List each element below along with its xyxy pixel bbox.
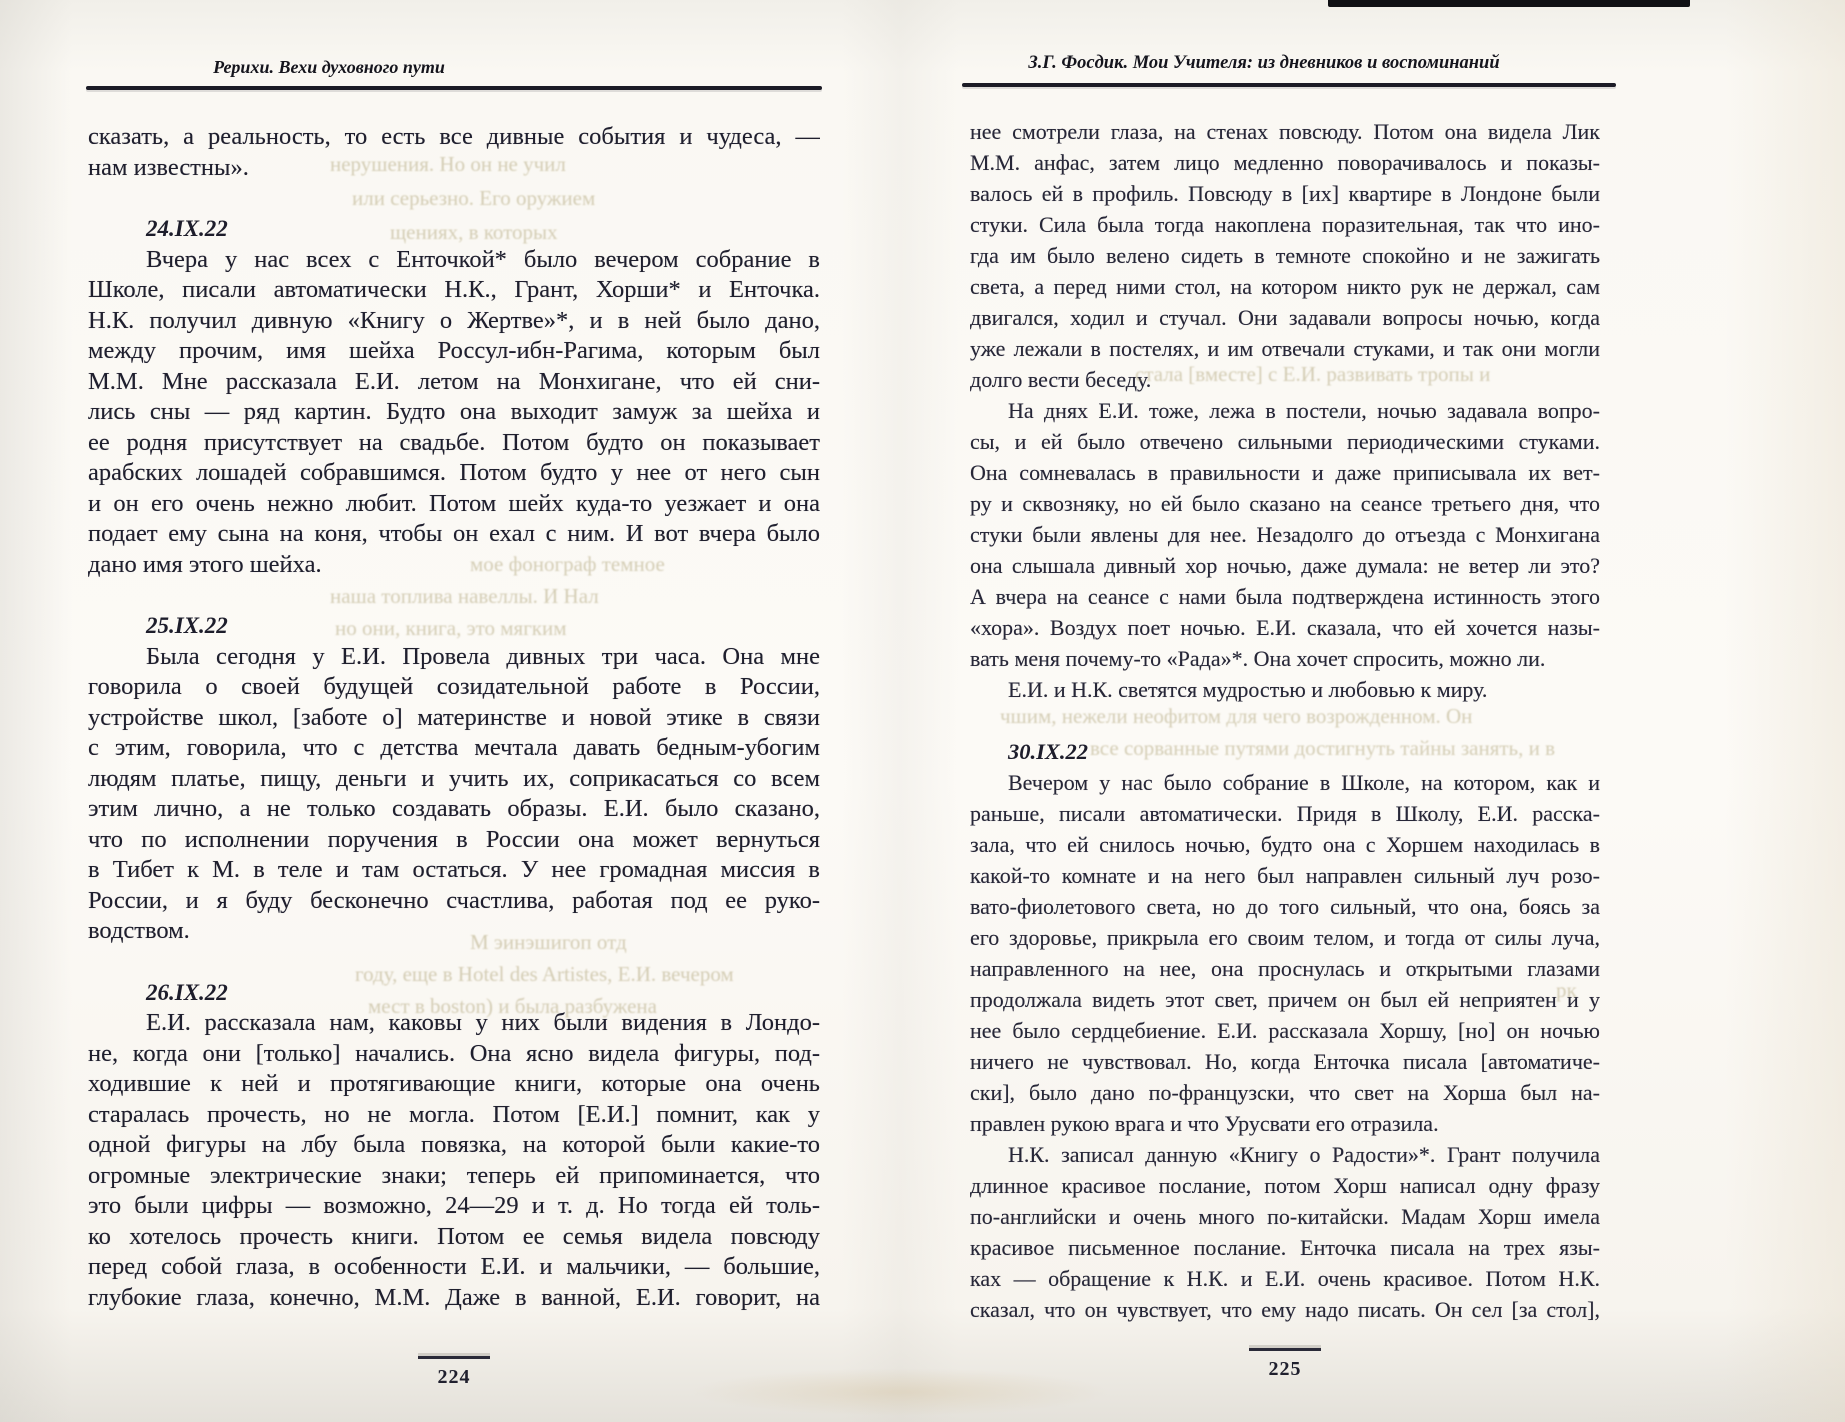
body-line: Н.К. записал данную «Книгу о Радости»*. … bbox=[970, 1139, 1600, 1170]
body-line: подает ему сына на коня, чтобы он ехал с… bbox=[88, 519, 820, 550]
body-line: ничего не чувствовал. Но, когда Енточка … bbox=[970, 1046, 1600, 1077]
body-line: лись сны — ряд картин. Будто она выходит… bbox=[88, 397, 820, 428]
running-head: З.Г. Фосдик. Мои Учителя: из дневников и… bbox=[970, 53, 1558, 74]
body-line: старалась прочесть, но не могла. Потом [… bbox=[88, 1100, 820, 1131]
body-line: это были цифры — возможно, 24—29 и т. д.… bbox=[88, 1191, 820, 1222]
body-line: перед собой глаза, в особенности Е.И. и … bbox=[88, 1252, 820, 1283]
body-line: продолжала видеть этот свет, причем он б… bbox=[970, 984, 1600, 1015]
page-edge-shading-left bbox=[0, 0, 72, 1422]
body-line: России, и я буду бесконечно счастлива, р… bbox=[88, 886, 820, 917]
footer-rule bbox=[418, 1356, 490, 1359]
body-line: ру и сквозняку, но ей было сказано на се… bbox=[970, 488, 1600, 519]
bleed-through-text: все сорванные путями достигнуть тайны за… bbox=[1090, 736, 1602, 760]
body-line: ках — обращение к Н.К. и Е.И. очень крас… bbox=[970, 1263, 1600, 1294]
page-number: 224 bbox=[88, 1366, 820, 1389]
bleed-through-text: щениях, в которых bbox=[390, 220, 750, 244]
body-line: Была сегодня у Е.И. Провела дивных три ч… bbox=[88, 642, 820, 673]
left-page-text: сказать, а реальность, то есть все дивны… bbox=[88, 122, 820, 1313]
body-line: какой-то комнате и на него был направлен… bbox=[970, 860, 1600, 891]
book-spine-shadow bbox=[842, 0, 958, 1422]
body-line: не, когда они [только] начались. Она ясн… bbox=[88, 1039, 820, 1070]
body-line: света, а перед ними стол, на котором ник… bbox=[970, 271, 1600, 302]
body-line: и он его очень нежно любит. Потом шейх к… bbox=[88, 489, 820, 520]
running-head: Рерихи. Вехи духовного пути bbox=[88, 57, 570, 78]
body-line: «хора». Воздух поет ночью. Е.И. сказала,… bbox=[970, 612, 1600, 643]
bleed-through-text: или серьезно. Его оружием bbox=[352, 186, 822, 210]
paragraph: нее смотрели глаза, на стенах повсюду. П… bbox=[970, 116, 1600, 395]
body-line: нее смотрели глаза, на стенах повсюду. П… bbox=[970, 116, 1600, 147]
body-line: правлен рукою врага и что Урусвати его о… bbox=[970, 1108, 1600, 1139]
book-scan-photo: Рерихи. Вехи духовного пути сказать, а р… bbox=[0, 0, 1845, 1422]
body-line: направленного на нее, она проснулась и о… bbox=[970, 953, 1600, 984]
header-rule bbox=[962, 83, 1616, 87]
body-line: стуки. Сила была тогда накоплена поразит… bbox=[970, 209, 1600, 240]
body-line: глубокие глаза, конечно, М.М. Даже в ван… bbox=[88, 1283, 820, 1314]
paragraph: Е.И. и Н.К. светятся мудростью и любовью… bbox=[970, 674, 1600, 705]
body-line: ски], было дано по-французски, что свет … bbox=[970, 1077, 1600, 1108]
right-page-footer: 225 bbox=[970, 1348, 1600, 1381]
body-line: Она сомневалась в правильности и даже пр… bbox=[970, 457, 1600, 488]
body-line: в Тибет к М. в теле и там остаться. У не… bbox=[88, 855, 820, 886]
footer-rule bbox=[1249, 1348, 1321, 1351]
paragraph: Е.И. рассказала нам, каковы у них были в… bbox=[88, 1008, 820, 1313]
body-line: сы, и ей было отвечено сильными периодич… bbox=[970, 426, 1600, 457]
body-line: одной фигуры на лбу была повязка, на кот… bbox=[88, 1130, 820, 1161]
body-line: двигался, ходил и стучал. Они задавали в… bbox=[970, 302, 1600, 333]
body-line: сказал, что он чувствует, что ему надо п… bbox=[970, 1294, 1600, 1325]
bleed-through-text: чшим, нежели неофитом для чего возрожден… bbox=[1000, 704, 1600, 728]
body-line: М.М. анфас, затем лицо медленно поворачи… bbox=[970, 147, 1600, 178]
page-edge-shading-right bbox=[1725, 0, 1845, 1422]
body-line: по-английски и очень много по-китайски. … bbox=[970, 1201, 1600, 1232]
bleed-through-text: стала [вместе] с Е.И. развивать тропы и bbox=[1135, 362, 1515, 386]
page-number: 225 bbox=[970, 1358, 1600, 1381]
body-line: длинное красивое послание, потом Хорш на… bbox=[970, 1170, 1600, 1201]
body-line: арабских лошадей собравшимся. Потом будт… bbox=[88, 458, 820, 489]
body-line: вать меня почему-то «Рада»*. Она хочет с… bbox=[970, 643, 1600, 674]
body-line: зала, что ей снилось ночью, будто она с … bbox=[970, 829, 1600, 860]
body-line: гда им было велено сидеть в темноте спок… bbox=[970, 240, 1600, 271]
bleed-through-text: нерушения. Но он не учил bbox=[330, 152, 830, 176]
body-line: сказать, а реальность, то есть все дивны… bbox=[88, 122, 820, 153]
body-line: говорила о своей будущей созидательной р… bbox=[88, 672, 820, 703]
left-page: Рерихи. Вехи духовного пути сказать, а р… bbox=[88, 0, 820, 1422]
body-line: валось ей в профиль. Повсюду в [их] квар… bbox=[970, 178, 1600, 209]
bleed-through-text: но они, книга, это мягким bbox=[335, 616, 765, 640]
body-line: нее было сердцебиение. Е.И. рассказала Х… bbox=[970, 1015, 1600, 1046]
body-line: огромные электрические знаки; теперь ей … bbox=[88, 1161, 820, 1192]
body-line: ходившие к ней и протягивающие книги, ко… bbox=[88, 1069, 820, 1100]
body-line: Н.К. получил дивную «Книгу о Жертве»*, и… bbox=[88, 306, 820, 337]
bleed-through-text: наша топлива навеллы. И Нал bbox=[330, 584, 824, 608]
body-line: между прочим, имя шейха Россул-ибн-Рагим… bbox=[88, 336, 820, 367]
body-line: красивое письменное послание. Енточка пи… bbox=[970, 1232, 1600, 1263]
left-page-footer: 224 bbox=[88, 1356, 820, 1389]
body-line: На днях Е.И. тоже, лежа в постели, ночью… bbox=[970, 395, 1600, 426]
header-rule bbox=[86, 86, 822, 90]
body-line: с этим, говорила, что с детства мечтала … bbox=[88, 733, 820, 764]
bleed-through-text: мое фонограф темное bbox=[470, 552, 820, 576]
body-line: этим лично, а не только создавать образы… bbox=[88, 794, 820, 825]
body-line: уже лежали в постелях, и им отвечали сту… bbox=[970, 333, 1600, 364]
body-line: устройстве школ, [заботе о] материнстве … bbox=[88, 703, 820, 734]
paragraph: На днях Е.И. тоже, лежа в постели, ночью… bbox=[970, 395, 1600, 674]
body-line: вато-фиолетового света, но до того сильн… bbox=[970, 891, 1600, 922]
body-line: Вечером у нас было собрание в Школе, на … bbox=[970, 767, 1600, 798]
bleed-through-text: году, еще в Hotel des Artistes, Е.И. веч… bbox=[355, 962, 820, 986]
body-line: Школе, писали автоматически Н.К., Грант,… bbox=[88, 275, 820, 306]
paragraph: Вечером у нас было собрание в Школе, на … bbox=[970, 767, 1600, 1139]
body-line: его здоровье, прикрыла его своим телом, … bbox=[970, 922, 1600, 953]
body-line: стуки были явлены для нее. Незадолго до … bbox=[970, 519, 1600, 550]
body-line: ко хотелось прочесть книги. Потом ее сем… bbox=[88, 1222, 820, 1253]
bleed-through-text: рк bbox=[1556, 978, 1596, 1002]
body-line: Е.И. и Н.К. светятся мудростью и любовью… bbox=[970, 674, 1600, 705]
paragraph: Н.К. записал данную «Книгу о Радости»*. … bbox=[970, 1139, 1600, 1325]
paragraph: Вчера у нас всех с Енточкой* было вечеро… bbox=[88, 245, 820, 581]
body-line: ее родня присутствует на свадьбе. Потом … bbox=[88, 428, 820, 459]
paragraph: Была сегодня у Е.И. Провела дивных три ч… bbox=[88, 642, 820, 947]
body-line: людям платье, пищу, деньги и учить их, с… bbox=[88, 764, 820, 795]
body-line: М.М. Мне рассказала Е.И. летом на Монхиг… bbox=[88, 367, 820, 398]
bleed-through-text: мест в boston) и была разбужена bbox=[368, 994, 820, 1018]
body-line: что по исполнении поручения в России она… bbox=[88, 825, 820, 856]
body-line: она слышала дивный хор ночью, даже думал… bbox=[970, 550, 1600, 581]
body-line: А вчера на сеансе с нами была подтвержде… bbox=[970, 581, 1600, 612]
bleed-through-text: М эинэшигоп отд bbox=[470, 930, 750, 954]
body-line: раньше, писали автоматически. Придя в Шк… bbox=[970, 798, 1600, 829]
body-line: Вчера у нас всех с Енточкой* было вечеро… bbox=[88, 245, 820, 276]
